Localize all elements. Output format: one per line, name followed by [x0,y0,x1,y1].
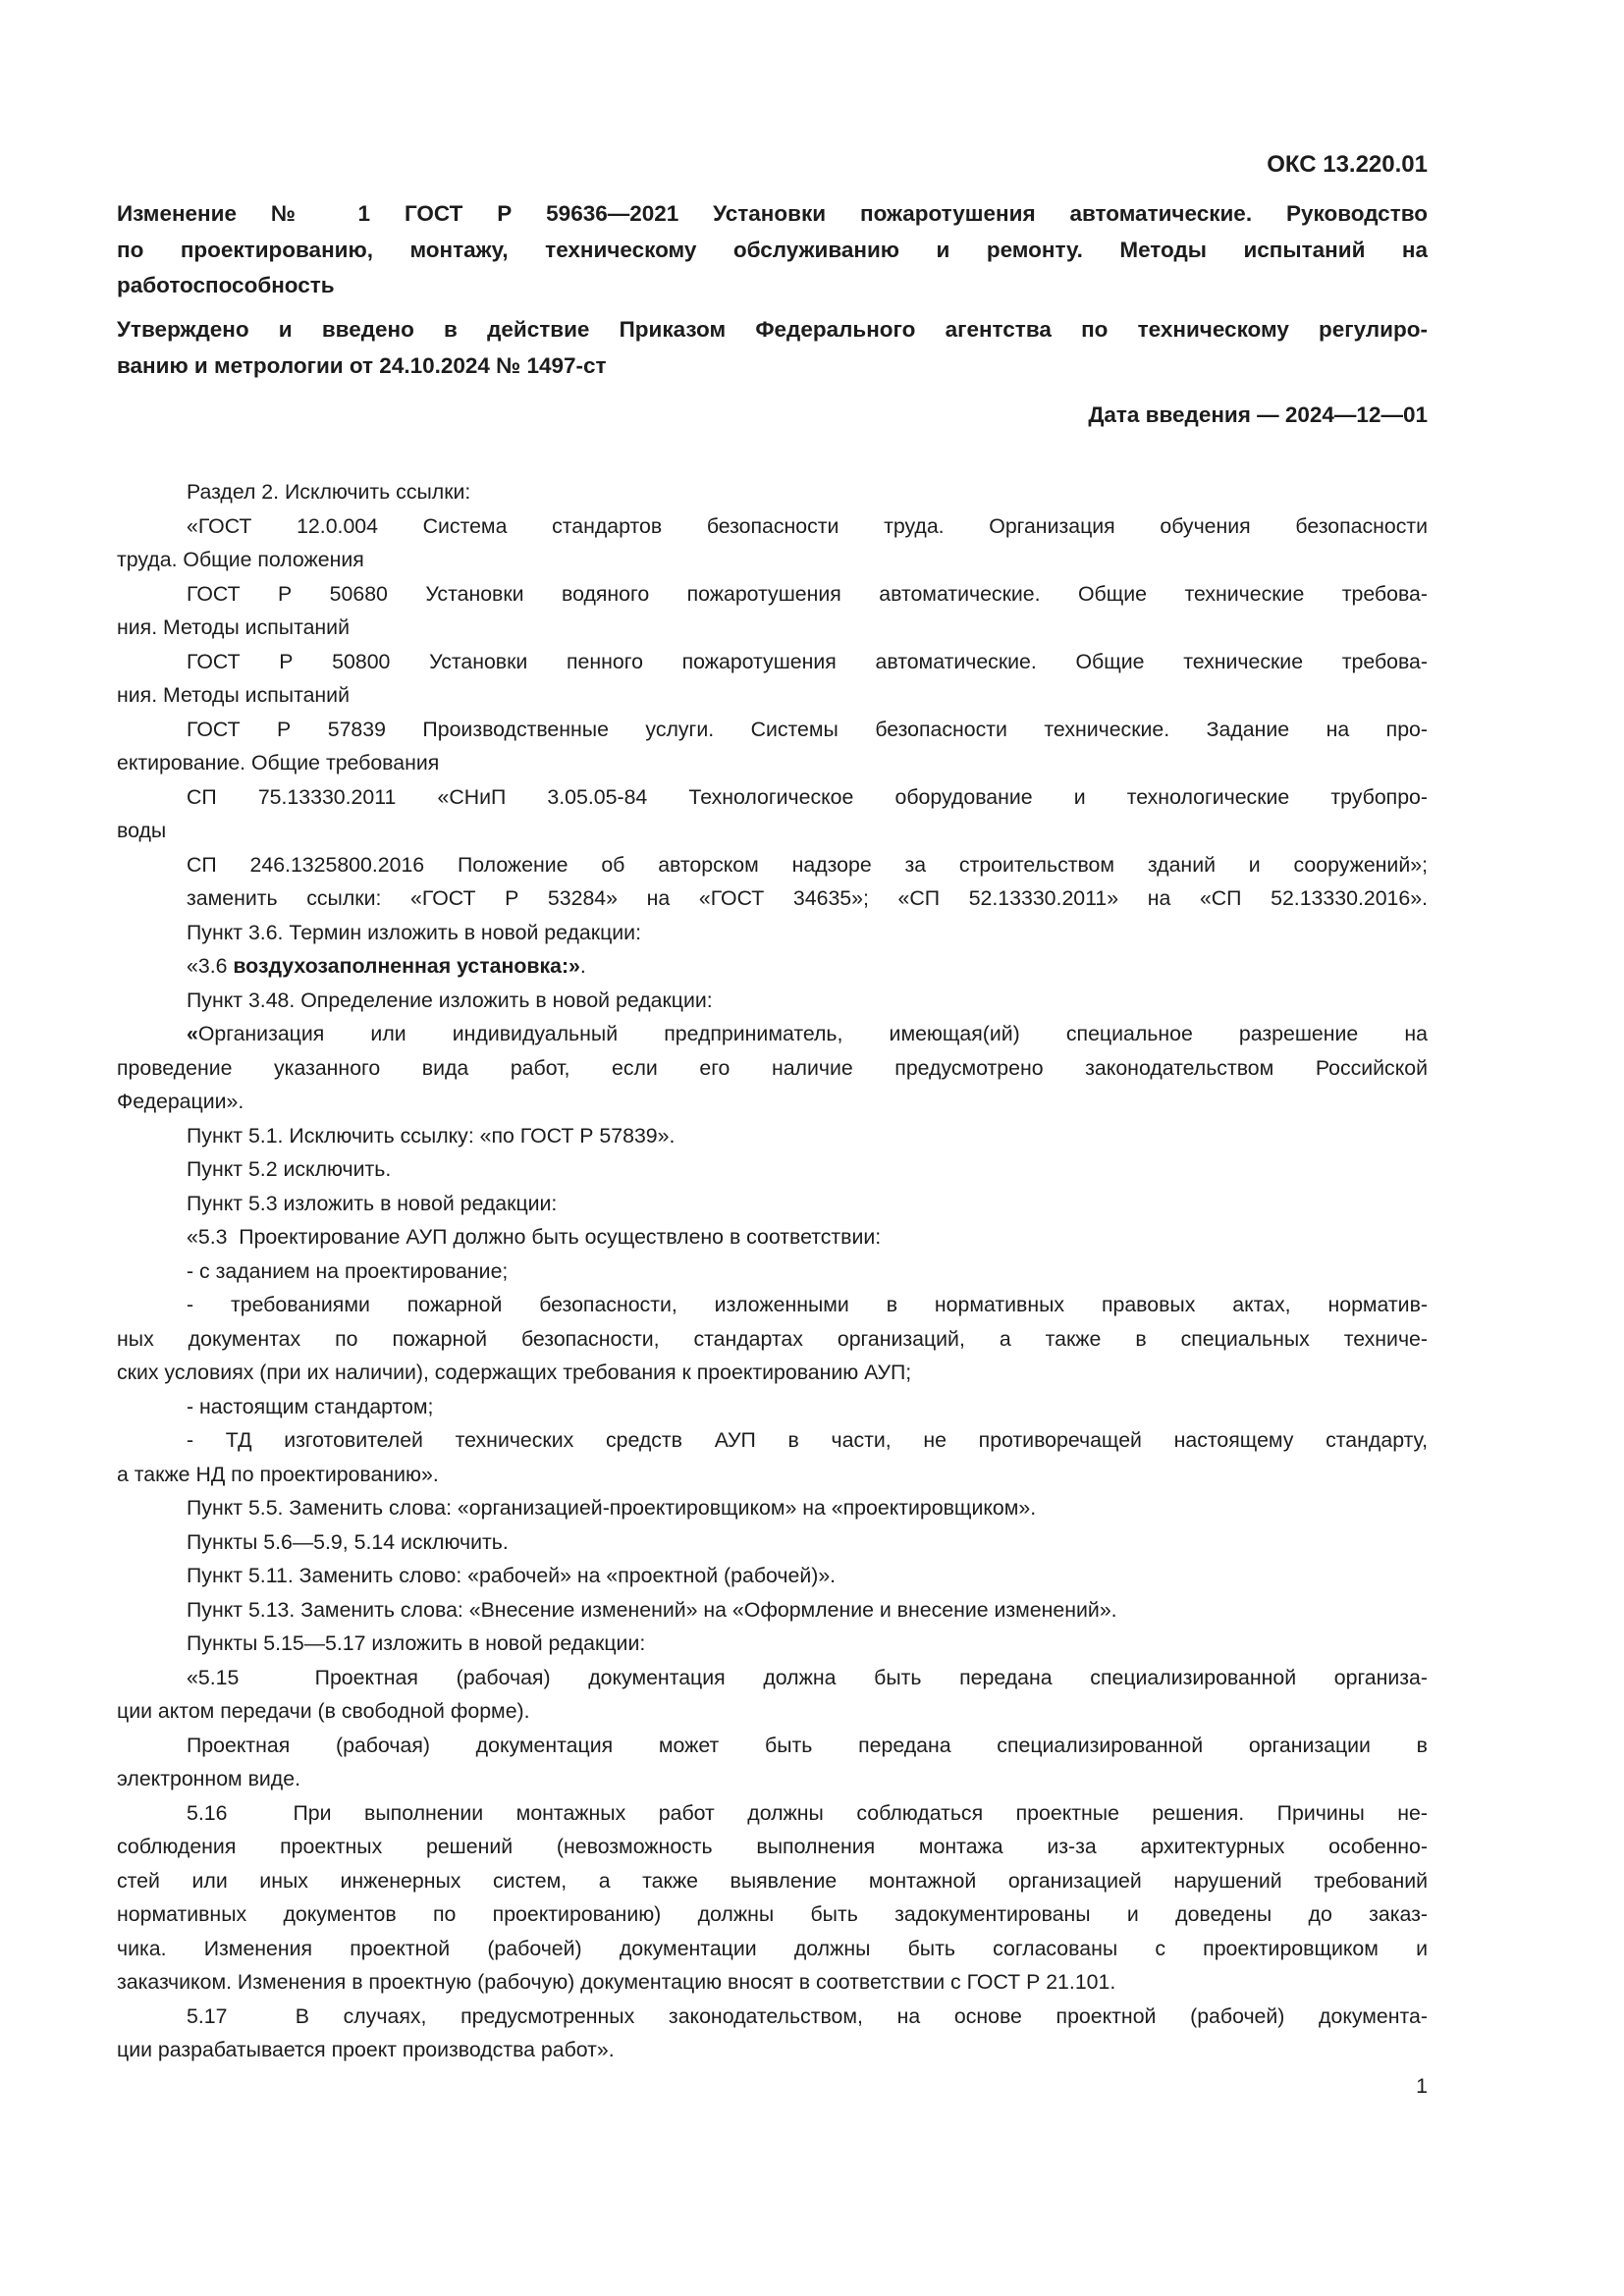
title-line: Изменение № 1 ГОСТ Р 59636—2021 Установк… [117,196,1428,233]
body-line: ния. Методы испытаний [117,678,1428,713]
body-line: Пункт 5.13. Заменить слова: «Внесение из… [117,1593,1428,1628]
body-line: Пункт 5.11. Заменить слово: «рабочей» на… [117,1559,1428,1593]
body-line: СП 75.13330.2011 «СНиП 3.05.05-84 Технол… [117,780,1428,815]
body-line: СП 246.1325800.2016 Положение об авторск… [117,848,1428,882]
title-line: по проектированию, монтажу, техническому… [117,233,1428,269]
body-line: Пункты 5.15—5.17 изложить в новой редакц… [117,1627,1428,1661]
body-line: Пункт 3.6. Термин изложить в новой редак… [117,916,1428,950]
body-line: - ТД изготовителей технических средств А… [117,1423,1428,1458]
body-line: а также НД по проектированию». [117,1458,1428,1492]
body-line: ГОСТ Р 50680 Установки водяного пожароту… [117,577,1428,612]
body-line: «Организация или индивидуальный предприн… [117,1017,1428,1051]
opening-quote: « [187,1022,198,1045]
body-line: чика. Изменения проектной (рабочей) доку… [117,1932,1428,1966]
term-name: воздухозаполненная установка:» [233,954,580,978]
body-line: «3.6 воздухозаполненная установка:». [117,949,1428,984]
body-line: - настоящим стандартом; [117,1390,1428,1424]
body-line: ектирование. Общие требования [117,746,1428,780]
body-line: электронном виде. [117,1762,1428,1796]
body-line: Федерации». [117,1085,1428,1119]
body-line: соблюдения проектных решений (невозможно… [117,1830,1428,1864]
document-title: Изменение № 1 ГОСТ Р 59636—2021 Установк… [117,196,1428,304]
page-number: 1 [1416,2071,1428,2101]
body-line: ных документах по пожарной безопасности,… [117,1322,1428,1357]
body-line: Пункт 5.2 исключить. [117,1152,1428,1187]
body-line: нормативных документов по проектированию… [117,1897,1428,1932]
body-line: ния. Методы испытаний [117,611,1428,645]
body-line: ГОСТ Р 50800 Установки пенного пожаротуш… [117,645,1428,679]
term-number: «3.6 [187,954,233,978]
body-line: 5.17 В случаях, предусмотренных законода… [117,2000,1428,2034]
body-line: ГОСТ Р 57839 Производственные услуги. Си… [117,713,1428,747]
title-line: работоспособность [117,268,1428,304]
approval-line: ванию и метрологии от 24.10.2024 № 1497-… [117,348,1428,385]
body-line: «5.3 Проектирование АУП должно быть осущ… [117,1220,1428,1255]
body-line: «5.15 Проектная (рабочая) документация д… [117,1661,1428,1695]
body-line: Проектная (рабочая) документация может б… [117,1729,1428,1763]
body-line: Пункт 5.3 изложить в новой редакции: [117,1187,1428,1221]
body-line: «ГОСТ 12.0.004 Система стандартов безопа… [117,509,1428,544]
body-line: труда. Общие положения [117,543,1428,577]
body-line: Пункты 5.6—5.9, 5.14 исключить. [117,1525,1428,1560]
document-body: Раздел 2. Исключить ссылки:«ГОСТ 12.0.00… [117,475,1428,2067]
approval-line: Утверждено и введено в действие Приказом… [117,312,1428,348]
body-line: проведение указанного вида работ, если е… [117,1051,1428,1086]
body-line: воды [117,814,1428,848]
term-suffix: . [580,954,586,978]
body-line: - требованиями пожарной безопасности, из… [117,1288,1428,1322]
effective-date: Дата введения — 2024—12—01 [1088,400,1428,430]
body-line: - с заданием на проектирование; [117,1255,1428,1289]
line-text: Организация или индивидуальный предприни… [198,1022,1428,1045]
body-line: Пункт 5.1. Исключить ссылку: «по ГОСТ Р … [117,1119,1428,1153]
body-line: ских условиях (при их наличии), содержащ… [117,1356,1428,1390]
body-line: стей или иных инженерных систем, а также… [117,1864,1428,1898]
body-line: 5.16 При выполнении монтажных работ долж… [117,1796,1428,1831]
body-line: заказчиком. Изменения в проектную (рабоч… [117,1965,1428,2000]
body-line: Пункт 3.48. Определение изложить в новой… [117,984,1428,1018]
body-line: ции разрабатывается проект производства … [117,2033,1428,2067]
approval-statement: Утверждено и введено в действие Приказом… [117,312,1428,384]
body-line: заменить ссылки: «ГОСТ Р 53284» на «ГОСТ… [117,881,1428,916]
classification-code: ОКС 13.220.01 [1267,150,1428,180]
body-line: ции актом передачи (в свободной форме). [117,1694,1428,1729]
body-line: Раздел 2. Исключить ссылки: [117,475,1428,509]
body-line: Пункт 5.5. Заменить слова: «организацией… [117,1491,1428,1525]
